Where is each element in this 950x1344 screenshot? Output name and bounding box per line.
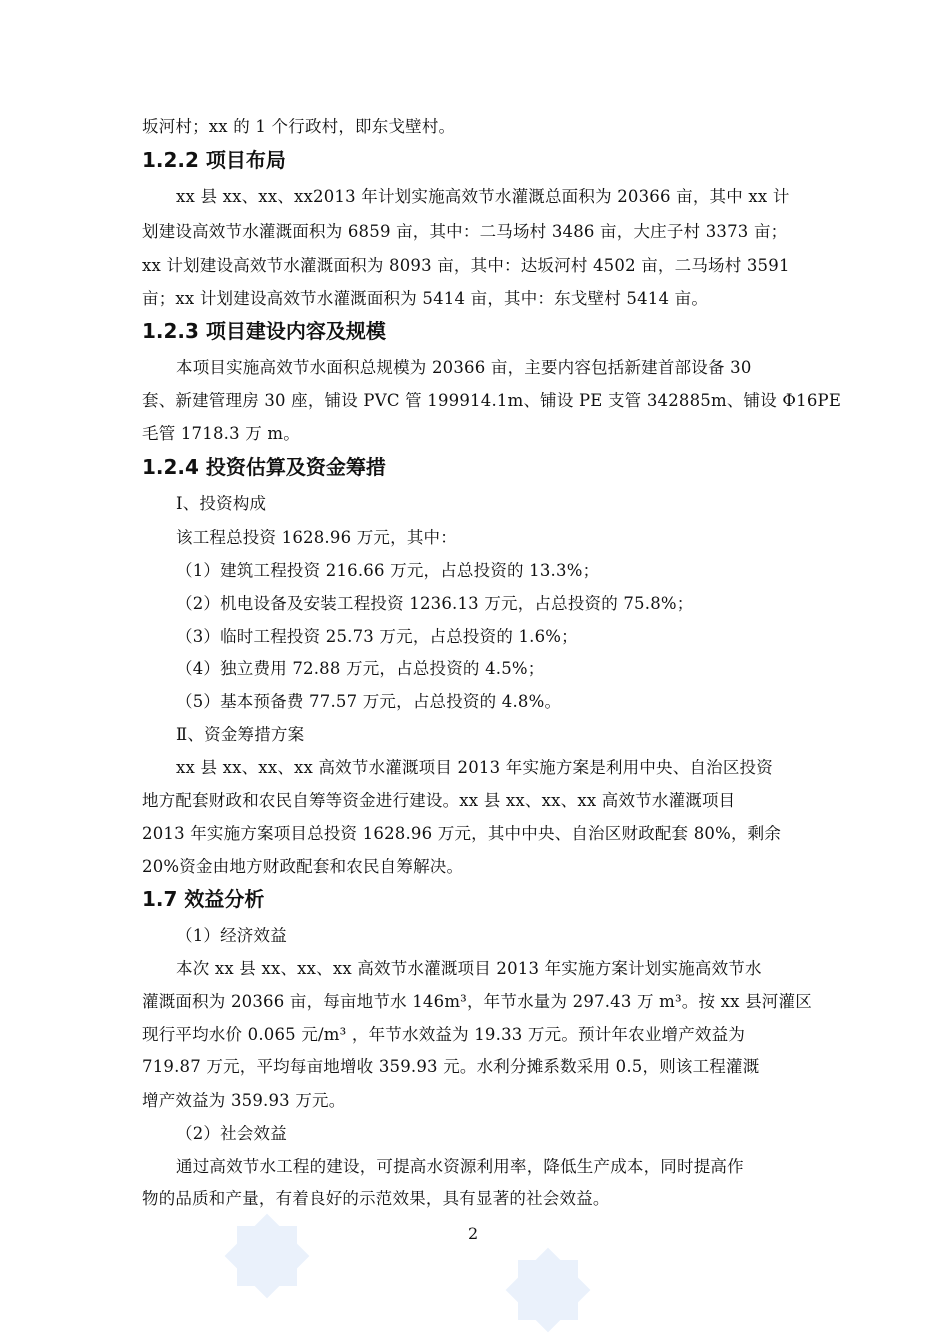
paragraph-text: 物的品质和产量，有着良好的示范效果，具有显著的社会效益。 <box>142 1189 610 1209</box>
paragraph-text: 该工程总投资 1628.96 万元，其中： <box>176 528 457 548</box>
paragraph-text: xx 县 xx、xx、xx 高效节水灌溉项目 2013 年实施方案是利用中央、自… <box>176 758 773 778</box>
paragraph-text: 划建设高效节水灌溉面积为 6859 亩，其中：二马场村 3486 亩，大庄子村 … <box>142 222 787 242</box>
list-item: （1）建筑工程投资 216.66 万元，占总投资的 13.3%； <box>176 561 599 581</box>
list-item: （4）独立费用 72.88 万元，占总投资的 4.5%； <box>176 659 545 679</box>
paragraph-text: 增产效益为 359.93 万元。 <box>142 1091 345 1111</box>
paragraph-text: 2013 年实施方案项目总投资 1628.96 万元，其中中央、自治区财政配套 … <box>142 824 781 844</box>
paragraph-text: 本项目实施高效节水面积总规模为 20366 亩，主要内容包括新建首部设备 30 <box>176 358 752 378</box>
paragraph-text: xx 计划建设高效节水灌溉面积为 8093 亩，其中：达坂河村 4502 亩，二… <box>142 256 790 276</box>
section-heading-1-7: 1.7 效益分析 <box>142 887 264 911</box>
section-heading-1-2-4: 1.2.4 投资估算及资金筹措 <box>142 455 386 479</box>
list-item: （5）基本预备费 77.57 万元，占总投资的 4.8%。 <box>176 692 561 712</box>
subheading-fund-raising: Ⅱ、资金筹措方案 <box>176 725 304 745</box>
paragraph-text: 719.87 万元，平均每亩地增收 359.93 元。水利分摊系数采用 0.5，… <box>142 1057 759 1077</box>
paragraph-text: 现行平均水价 0.065 元/m³ ，年节水效益为 19.33 万元。预计年农业… <box>142 1025 745 1045</box>
list-item: （3）临时工程投资 25.73 万元，占总投资的 1.6%； <box>176 627 578 647</box>
subheading-investment-composition: Ⅰ、投资构成 <box>176 494 266 514</box>
section-heading-1-2-3: 1.2.3 项目建设内容及规模 <box>142 319 386 343</box>
list-item: （2）机电设备及安装工程投资 1236.13 万元，占总投资的 75.8%； <box>176 594 693 614</box>
page-number: 2 <box>468 1224 478 1243</box>
section-heading-1-2-2: 1.2.2 项目布局 <box>142 148 286 172</box>
star-watermark-icon <box>217 1206 317 1306</box>
paragraph-text: 套、新建管理房 30 座，铺设 PVC 管 199914.1m、铺设 PE 支管… <box>142 391 841 411</box>
paragraph-text: 坂河村；xx 的 1 个行政村，即东戈壁村。 <box>142 117 455 137</box>
paragraph-text: 通过高效节水工程的建设，可提高水资源利用率，降低生产成本，同时提高作 <box>176 1157 744 1177</box>
paragraph-text: xx 县 xx、xx、xx2013 年计划实施高效节水灌溉总面积为 20366 … <box>176 187 790 207</box>
paragraph-text: 20%资金由地方财政配套和农民自筹解决。 <box>142 857 463 877</box>
paragraph-text: 本次 xx 县 xx、xx、xx 高效节水灌溉项目 2013 年实施方案计划实施… <box>176 959 762 979</box>
paragraph-text: 地方配套财政和农民自筹等资金进行建设。xx 县 xx、xx、xx 高效节水灌溉项… <box>142 791 735 811</box>
paragraph-text: 毛管 1718.3 万 m。 <box>142 424 300 444</box>
paragraph-text: 灌溉面积为 20366 亩，每亩地节水 146m³，年节水量为 297.43 万… <box>142 992 812 1012</box>
subheading-economic-benefit: （1）经济效益 <box>176 926 287 946</box>
subheading-social-benefit: （2）社会效益 <box>176 1124 287 1144</box>
paragraph-text: 亩；xx 计划建设高效节水灌溉面积为 5414 亩，其中：东戈壁村 5414 亩… <box>142 289 708 309</box>
star-watermark-icon <box>498 1240 598 1340</box>
document-page: 坂河村；xx 的 1 个行政村，即东戈壁村。 1.2.2 项目布局 xx 县 x… <box>0 0 950 1344</box>
